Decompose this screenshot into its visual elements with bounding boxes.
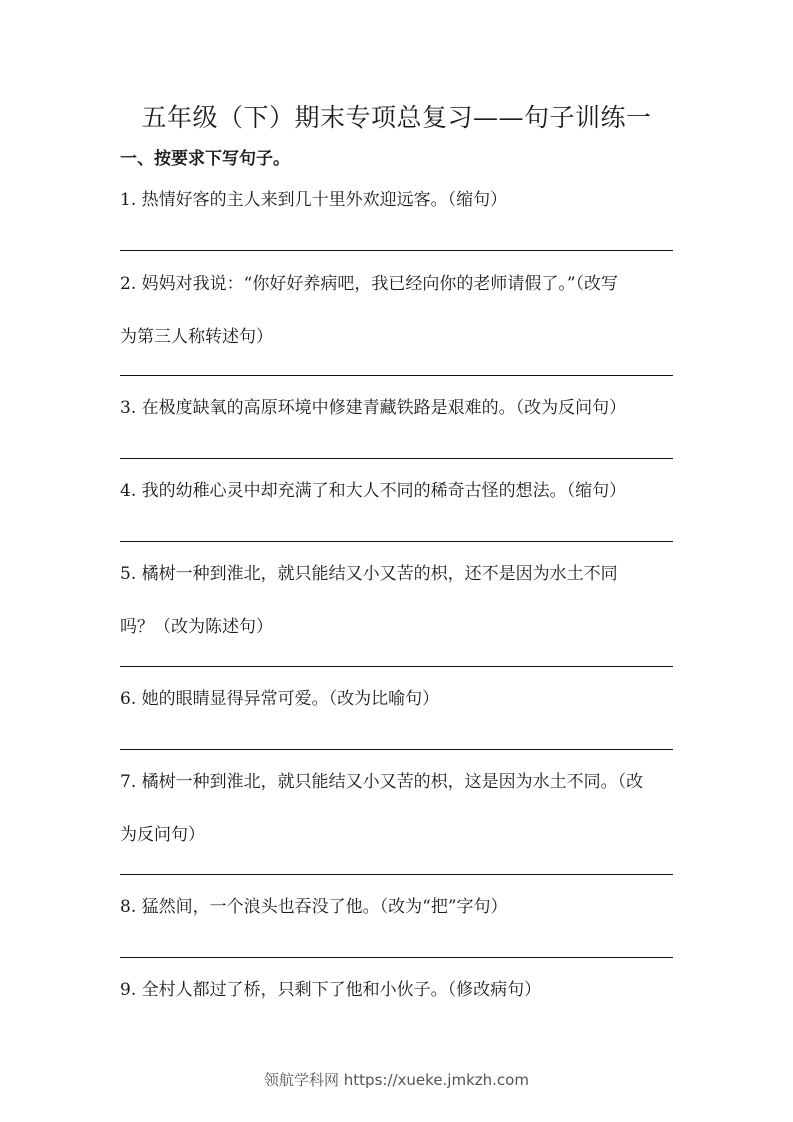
answer-line-5[interactable] bbox=[120, 666, 673, 667]
question-text: 4. 我的幼稚心灵中却充满了和大人不同的稀奇古怪的想法。（缩句） bbox=[120, 481, 626, 501]
answer-line-1[interactable] bbox=[120, 250, 673, 251]
question-text: 7. 橘树一种到淮北，就只能结又小又苦的枳，这是因为水土不同。（改 bbox=[120, 772, 643, 792]
answer-line-7[interactable] bbox=[120, 874, 673, 875]
section-heading: 一、按要求下写句子。 bbox=[120, 145, 290, 173]
question-text-continued: 为反问句） bbox=[120, 821, 676, 849]
question-text: 8. 猛然间，一个浪头也吞没了他。（改为“把”字句） bbox=[120, 897, 508, 917]
question-7: 7. 橘树一种到淮北，就只能结又小又苦的枳，这是因为水土不同。（改 为反问句） bbox=[120, 768, 676, 849]
question-2: 2. 妈妈对我说：“你好好养病吧，我已经向你的老师请假了。”（改写 为第三人称转… bbox=[120, 270, 676, 351]
answer-line-3[interactable] bbox=[120, 458, 673, 459]
answer-line-4[interactable] bbox=[120, 541, 673, 542]
answer-line-2[interactable] bbox=[120, 375, 673, 376]
question-text: 6. 她的眼睛显得异常可爱。（改为比喻句） bbox=[120, 689, 439, 709]
question-text: 2. 妈妈对我说：“你好好养病吧，我已经向你的老师请假了。”（改写 bbox=[120, 274, 618, 294]
answer-line-6[interactable] bbox=[120, 749, 673, 750]
question-text: 1. 热情好客的主人来到几十里外欢迎远客。（缩句） bbox=[120, 190, 507, 210]
question-1: 1. 热情好客的主人来到几十里外欢迎远客。（缩句） bbox=[120, 186, 676, 214]
answer-line-8[interactable] bbox=[120, 957, 673, 958]
question-text: 5. 橘树一种到淮北，就只能结又小又苦的枳，还不是因为水土不同 bbox=[120, 564, 618, 584]
question-text: 3. 在极度缺氧的高原环境中修建青藏铁路是艰难的。（改为反问句） bbox=[120, 398, 626, 418]
question-5: 5. 橘树一种到淮北，就只能结又小又苦的枳，还不是因为水土不同 吗？（改为陈述句… bbox=[120, 560, 676, 641]
page-title: 五年级（下）期末专项总复习——句子训练一 bbox=[0, 100, 793, 136]
footer-watermark: 领航学科网 https://xueke.jmkzh.com bbox=[0, 1069, 793, 1090]
question-6: 6. 她的眼睛显得异常可爱。（改为比喻句） bbox=[120, 685, 676, 713]
question-9: 9. 全村人都过了桥，只剩下了他和小伙子。（修改病句） bbox=[120, 976, 676, 1004]
question-8: 8. 猛然间，一个浪头也吞没了他。（改为“把”字句） bbox=[120, 893, 676, 921]
question-text: 9. 全村人都过了桥，只剩下了他和小伙子。（修改病句） bbox=[120, 980, 541, 1000]
question-text-continued: 吗？（改为陈述句） bbox=[120, 613, 676, 641]
question-4: 4. 我的幼稚心灵中却充满了和大人不同的稀奇古怪的想法。（缩句） bbox=[120, 477, 676, 505]
question-text-continued: 为第三人称转述句） bbox=[120, 323, 676, 351]
question-3: 3. 在极度缺氧的高原环境中修建青藏铁路是艰难的。（改为反问句） bbox=[120, 394, 676, 422]
